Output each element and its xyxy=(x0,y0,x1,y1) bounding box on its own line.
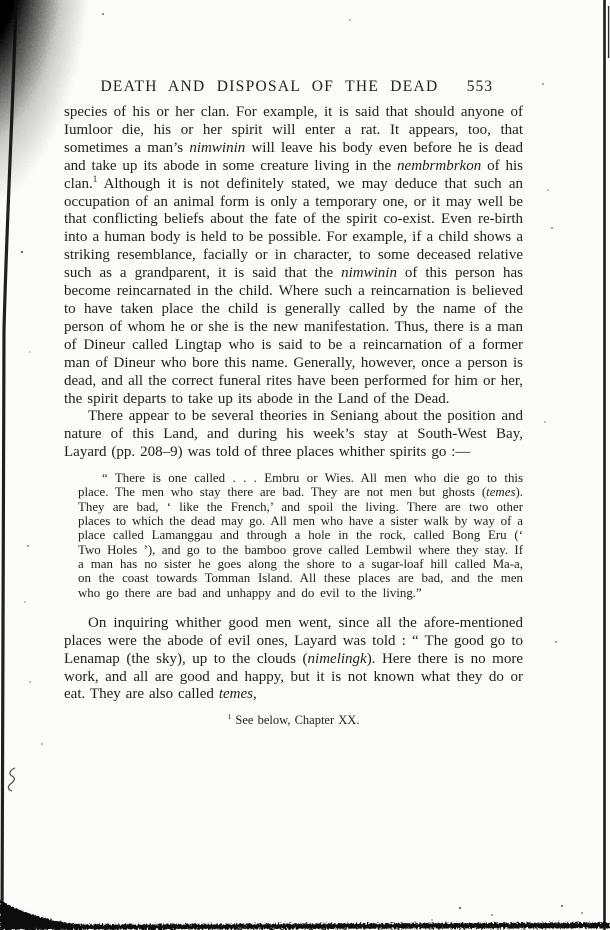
running-header: DEATH AND DISPOSAL OF THE DEAD 553 xyxy=(64,78,523,97)
margin-pen-mark xyxy=(8,768,15,791)
scan-edge-left xyxy=(2,0,16,930)
page-content: DEATH AND DISPOSAL OF THE DEAD 553 speci… xyxy=(64,78,523,728)
running-title: DEATH AND DISPOSAL OF THE DEAD xyxy=(100,78,438,96)
paragraph-3: On inquiring whither good men went, sinc… xyxy=(64,615,523,705)
block-quote: “ There is one called . . . Embru or Wie… xyxy=(78,471,523,600)
paragraph-2: There appear to be several theories in S… xyxy=(64,408,523,462)
book-page: DEATH AND DISPOSAL OF THE DEAD 553 speci… xyxy=(0,0,610,930)
scan-edge-bottom xyxy=(0,900,610,930)
footnote: 1 See below, Chapter XX. xyxy=(64,713,523,728)
paragraph-1: species of his or her clan. For example,… xyxy=(64,104,523,408)
page-number: 553 xyxy=(467,78,493,96)
